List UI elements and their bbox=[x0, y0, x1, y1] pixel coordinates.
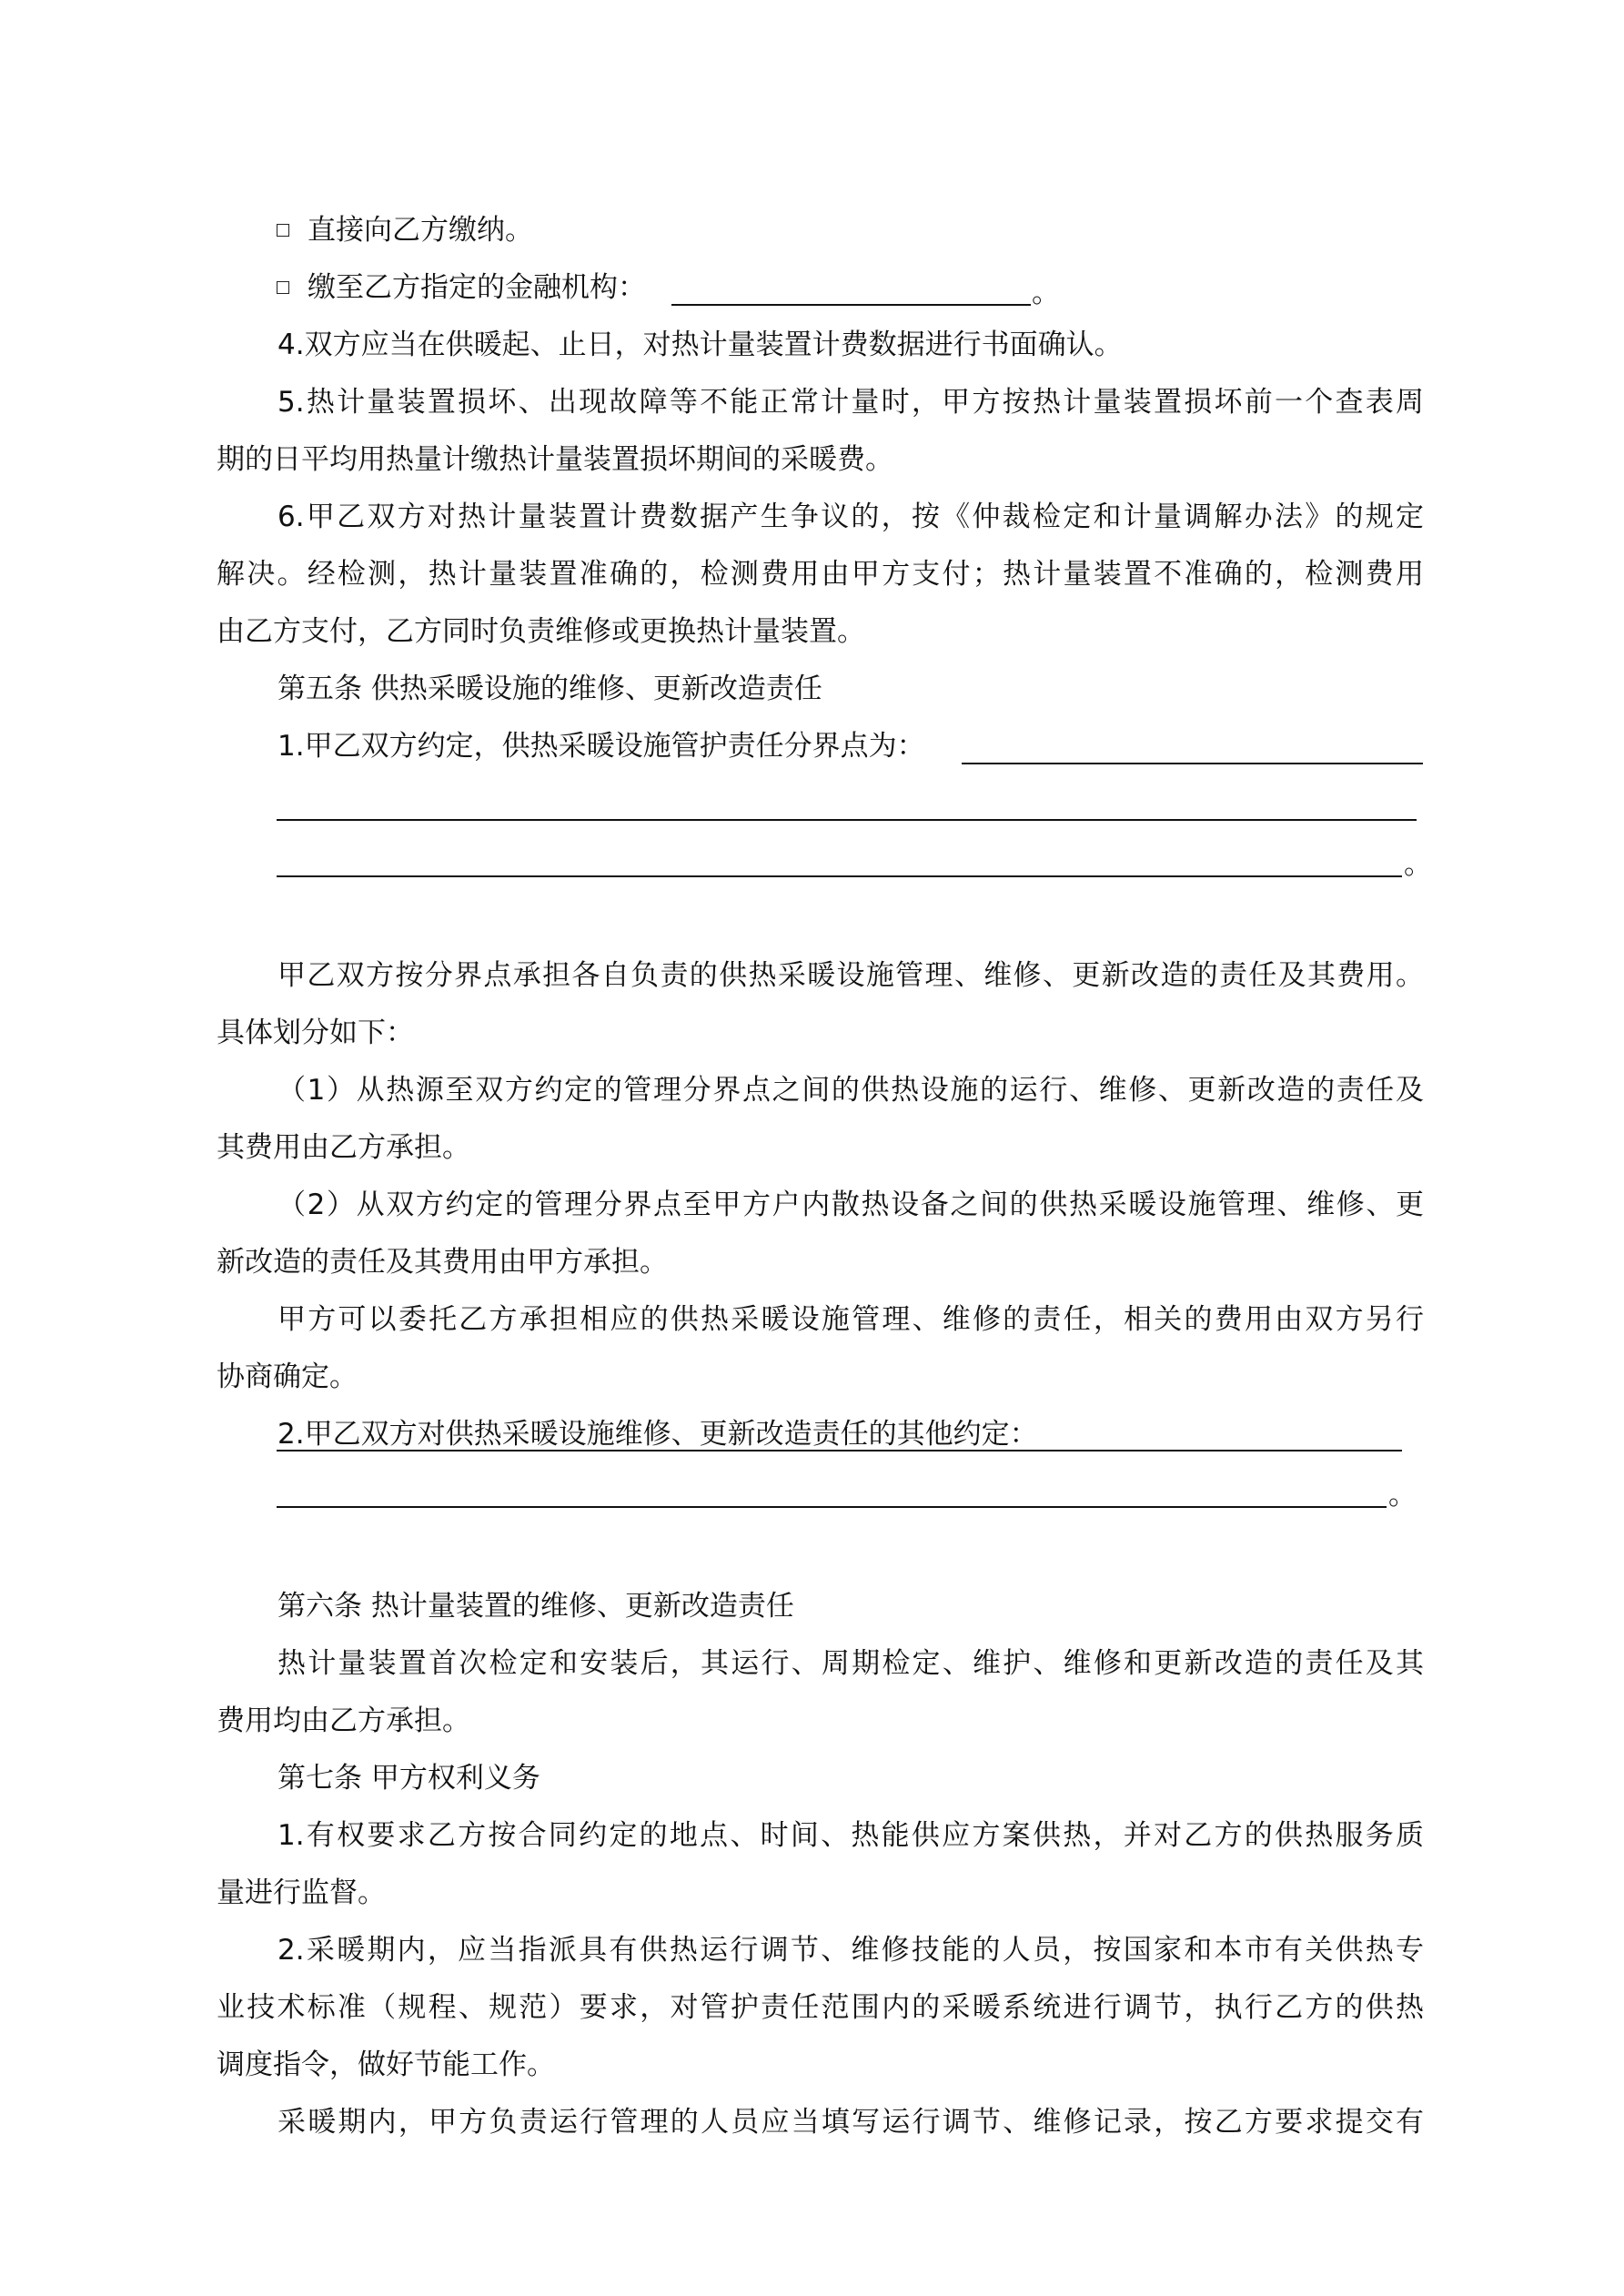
clause-5-delegation-line1: 甲方可以委托乙方承担相应的供热采暖设施管理、维修的责任，相关的费用由双方另行 bbox=[277, 1291, 1424, 1349]
clause-5-delegation-line2: 协商确定。 bbox=[217, 1349, 1424, 1406]
checkbox-bank-payment[interactable] bbox=[277, 281, 289, 294]
clause-5-item1-line2: 其费用由乙方承担。 bbox=[217, 1119, 1424, 1177]
clause-5-1: 1.甲乙双方约定，供热采暖设施管护责任分界点为： bbox=[277, 718, 1424, 775]
clause-4-6-line2: 解决。经检测，热计量装置准确的，检测费用由甲方支付；热计量装置不准确的，检测费用 bbox=[217, 546, 1424, 603]
article-6-body-line2: 费用均由乙方承担。 bbox=[217, 1693, 1424, 1750]
clause-5-item1-line1: （1）从热源至双方约定的管理分界点之间的供热设施的运行、维修、更新改造的责任及 bbox=[277, 1062, 1424, 1119]
clause-7-2-line3: 调度指令，做好节能工作。 bbox=[217, 2037, 1424, 2094]
other-agreements-blank-2[interactable] bbox=[277, 1506, 1387, 1508]
other-agreements-period: 。 bbox=[1388, 1467, 1417, 1524]
article-5-heading: 第五条 供热采暖设施的维修、更新改造责任 bbox=[277, 661, 1424, 718]
boundary-point-blank-3[interactable] bbox=[277, 875, 1402, 877]
bank-line-period: 。 bbox=[1032, 265, 1060, 322]
clause-7-2-line2: 业技术标准（规程、规范）要求，对管护责任范围内的采暖系统进行调节，执行乙方的供热 bbox=[217, 1979, 1424, 2037]
clause-4-6-line3: 由乙方支付，乙方同时负责维修或更换热计量装置。 bbox=[217, 603, 1424, 661]
clause-5-item2-line2: 新改造的责任及其费用由甲方承担。 bbox=[217, 1234, 1424, 1291]
clause-7-2-line1: 2.采暖期内，应当指派具有供热运行调节、维修技能的人员，按国家和本市有关供热专 bbox=[277, 1922, 1424, 1979]
article-6-body-line1: 热计量装置首次检定和安装后，其运行、周期检定、维护、维修和更新改造的责任及其 bbox=[277, 1635, 1424, 1693]
financial-institution-blank[interactable] bbox=[671, 304, 1031, 306]
payment-option-direct: 直接向乙方缴纳。 bbox=[217, 202, 1424, 259]
payment-option-bank-label: 缴至乙方指定的金融机构： bbox=[308, 271, 646, 304]
document-page: 直接向乙方缴纳。 缴至乙方指定的金融机构： 。 4.双方应当在供暖起、止日，对热… bbox=[0, 0, 1624, 2296]
clause-7-2-records-line1: 采暖期内，甲方负责运行管理的人员应当填写运行调节、维修记录，按乙方要求提交有 bbox=[277, 2094, 1424, 2151]
clause-7-1-line2: 量进行监督。 bbox=[217, 1865, 1424, 1922]
clause-5-division-line1: 甲乙双方按分界点承担各自负责的供热采暖设施管理、维修、更新改造的责任及其费用。 bbox=[277, 947, 1424, 1005]
checkbox-direct-payment[interactable] bbox=[277, 224, 289, 237]
clause-4-4: 4.双方应当在供暖起、止日，对热计量装置计费数据进行书面确认。 bbox=[277, 317, 1424, 374]
clause-7-1-line1: 1.有权要求乙方按合同约定的地点、时间、热能供应方案供热，并对乙方的供热服务质 bbox=[277, 1807, 1424, 1865]
article-7-heading: 第七条 甲方权利义务 bbox=[277, 1750, 1424, 1807]
other-agreements-blank-1[interactable] bbox=[277, 1450, 1402, 1451]
clause-5-item2-line1: （2）从双方约定的管理分界点至甲方户内散热设备之间的供热采暖设施管理、维修、更 bbox=[277, 1177, 1424, 1234]
clause-4-6-line1: 6.甲乙双方对热计量装置计费数据产生争议的，按《仲裁检定和计量调解办法》的规定 bbox=[277, 489, 1424, 546]
boundary-point-blank-2[interactable] bbox=[277, 819, 1417, 821]
clause-5-division-line2: 具体划分如下： bbox=[217, 1005, 1424, 1062]
boundary-line-period: 。 bbox=[1404, 836, 1432, 894]
boundary-point-blank-1[interactable] bbox=[962, 763, 1423, 764]
clause-5-2: 2.甲乙双方对供热采暖设施维修、更新改造责任的其他约定： bbox=[277, 1406, 1424, 1463]
article-6-heading: 第六条 热计量装置的维修、更新改造责任 bbox=[277, 1578, 1424, 1635]
clause-4-5-line1: 5.热计量装置损坏、出现故障等不能正常计量时，甲方按热计量装置损坏前一个查表周 bbox=[277, 374, 1424, 431]
payment-option-direct-label: 直接向乙方缴纳。 bbox=[308, 214, 533, 247]
clause-4-5-line2: 期的日平均用热量计缴热计量装置损坏期间的采暖费。 bbox=[217, 431, 1424, 489]
payment-option-bank: 缴至乙方指定的金融机构： bbox=[217, 259, 1424, 317]
